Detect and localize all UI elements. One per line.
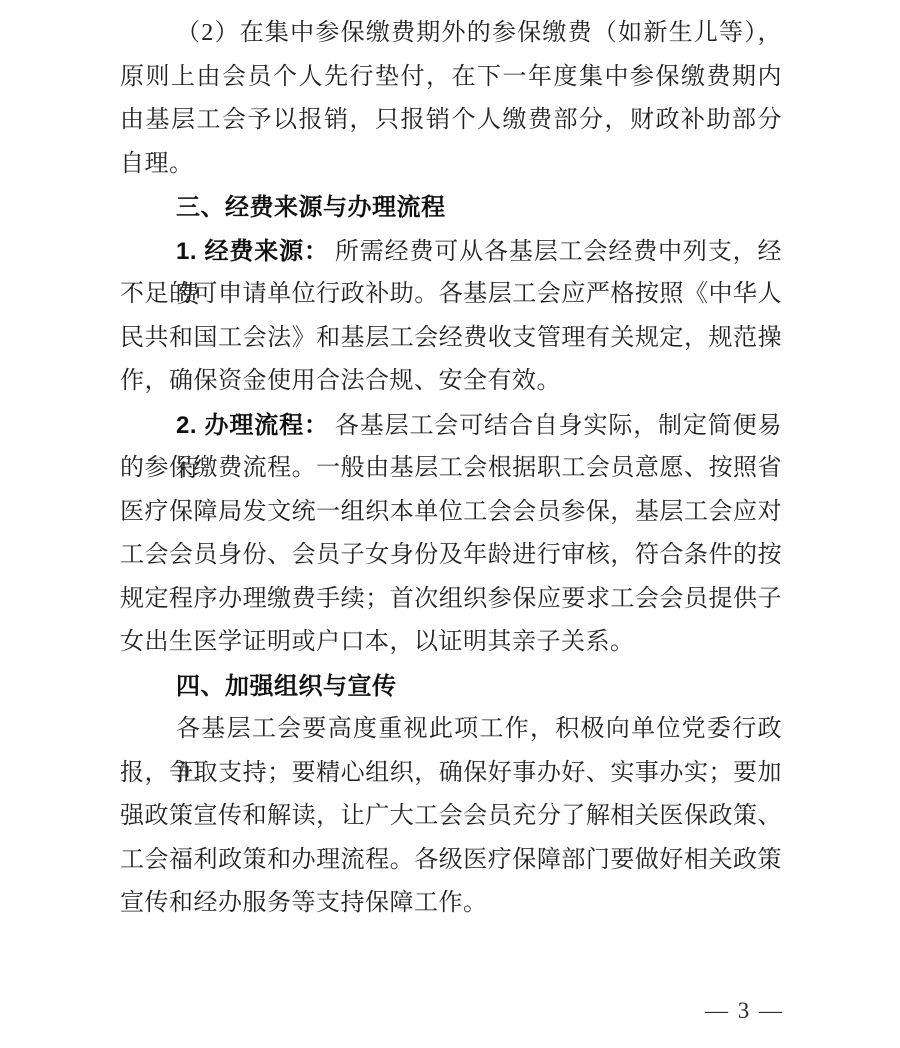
document-body: （2）在集中参保缴费期外的参保缴费（如新生儿等），原则上由会员个人先行垫付，在下… bbox=[120, 12, 782, 926]
text-line: 原则上由会员个人先行垫付，在下一年度集中参保缴费期内 bbox=[120, 56, 782, 100]
text-line: 宣传和经办服务等支持保障工作。 bbox=[120, 882, 782, 926]
page-number: — 3 — bbox=[705, 998, 784, 1024]
text-line: （2）在集中参保缴费期外的参保缴费（如新生儿等）， bbox=[120, 12, 782, 56]
text-line: 不足的可申请单位行政补助。各基层工会应严格按照《中华人 bbox=[120, 273, 782, 317]
text-line: 2. 办理流程：各基层工会可结合自身实际，制定简便易行 bbox=[120, 404, 782, 448]
text-line: 作，确保资金使用合法合规、安全有效。 bbox=[120, 360, 782, 404]
text-line: 报，争取支持；要精心组织，确保好事办好、实事办实；要加 bbox=[120, 752, 782, 796]
section-heading: 三、经费来源与办理流程 bbox=[120, 186, 782, 230]
text-line: 1. 经费来源：所需经费可从各基层工会经费中列支，经费 bbox=[120, 230, 782, 274]
section-heading: 四、加强组织与宣传 bbox=[120, 665, 782, 709]
text-line: 各基层工会要高度重视此项工作，积极向单位党委行政汇 bbox=[120, 708, 782, 752]
text-line: 的参保缴费流程。一般由基层工会根据职工会员意愿、按照省 bbox=[120, 447, 782, 491]
text-line: 自理。 bbox=[120, 143, 782, 187]
document-page: （2）在集中参保缴费期外的参保缴费（如新生儿等），原则上由会员个人先行垫付，在下… bbox=[0, 0, 900, 1048]
text-line: 强政策宣传和解读，让广大工会会员充分了解相关医保政策、 bbox=[120, 795, 782, 839]
paragraph-lead: 2. 办理流程： bbox=[176, 412, 335, 439]
text-line: 民共和国工会法》和基层工会经费收支管理有关规定，规范操 bbox=[120, 317, 782, 361]
text-line: 工会会员身份、会员子女身份及年龄进行审核，符合条件的按 bbox=[120, 534, 782, 578]
paragraph-lead: 1. 经费来源： bbox=[176, 238, 335, 265]
text-line: 工会福利政策和办理流程。各级医疗保障部门要做好相关政策 bbox=[120, 839, 782, 883]
text-line: 由基层工会予以报销，只报销个人缴费部分，财政补助部分 bbox=[120, 99, 782, 143]
text-line: 女出生医学证明或户口本，以证明其亲子关系。 bbox=[120, 621, 782, 665]
text-line: 规定程序办理缴费手续；首次组织参保应要求工会会员提供子 bbox=[120, 578, 782, 622]
text-line: 医疗保障局发文统一组织本单位工会会员参保，基层工会应对 bbox=[120, 491, 782, 535]
